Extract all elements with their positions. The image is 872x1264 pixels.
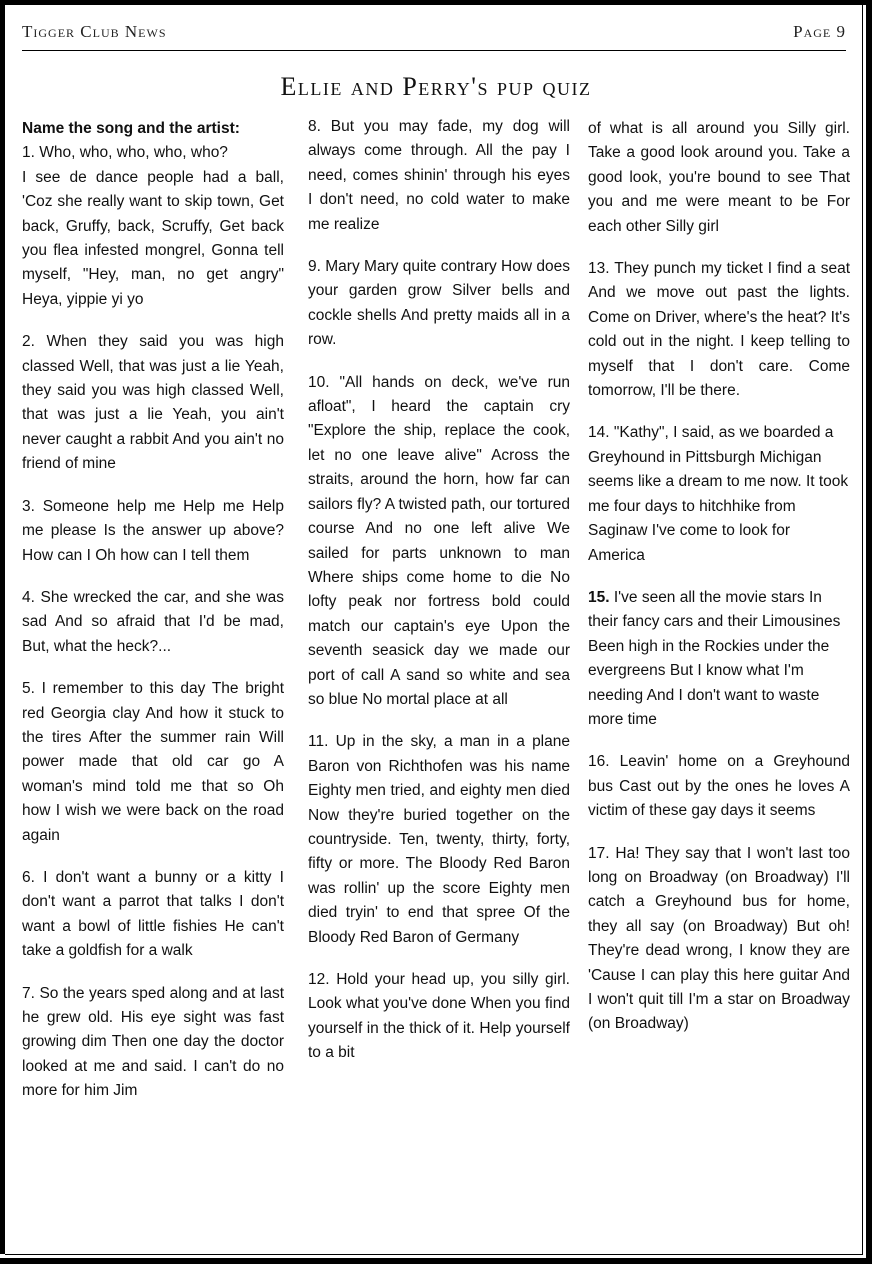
instructions: Name the song and the artist: bbox=[22, 117, 284, 141]
question-9: 9. Mary Mary quite contrary How does you… bbox=[308, 255, 570, 353]
question-1-heading: 1. Who, who, who, who, who? bbox=[22, 141, 284, 165]
page-border-bottom-outer bbox=[0, 1258, 872, 1264]
question-13: 13. They punch my ticket I find a seat A… bbox=[588, 257, 850, 403]
question-14: 14. "Kathy", I said, as we boarded a Gre… bbox=[588, 421, 850, 567]
article-title: Ellie and Perry's pup quiz bbox=[0, 72, 872, 102]
question-8: 8. But you may fade, my dog will always … bbox=[308, 115, 570, 237]
column-3: of what is all around you Silly girl. Ta… bbox=[588, 117, 850, 1055]
question-5: 5. I remember to this day The bright red… bbox=[22, 677, 284, 848]
question-15: 15. I've seen all the movie stars In the… bbox=[588, 586, 850, 732]
page-border-bottom-inner bbox=[5, 1254, 863, 1255]
question-17: 17. Ha! They say that I won't last too l… bbox=[588, 842, 850, 1037]
question-11: 11. Up in the sky, a man in a plane Baro… bbox=[308, 730, 570, 950]
running-header: Tigger Club News Page 9 bbox=[22, 18, 846, 51]
question-3: 3. Someone help me Help me Help me pleas… bbox=[22, 495, 284, 568]
question-12-part-2: of what is all around you Silly girl. Ta… bbox=[588, 117, 850, 239]
page-number: Page 9 bbox=[793, 22, 846, 42]
question-10: 10. "All hands on deck, we've run afloat… bbox=[308, 371, 570, 713]
question-7: 7. So the years sped along and at last h… bbox=[22, 982, 284, 1104]
question-6: 6. I don't want a bunny or a kitty I don… bbox=[22, 866, 284, 964]
publication-name: Tigger Club News bbox=[22, 22, 167, 42]
page-border-right-outer bbox=[866, 0, 872, 1264]
question-16: 16. Leavin' home on a Greyhound bus Cast… bbox=[588, 750, 850, 823]
column-2: 8. But you may fade, my dog will always … bbox=[308, 115, 570, 1084]
question-2: 2. When they said you was high classed W… bbox=[22, 330, 284, 476]
page-border-right-inner bbox=[862, 5, 863, 1254]
question-12-part-1: 12. Hold your head up, you silly girl. L… bbox=[308, 968, 570, 1066]
question-1: I see de dance people had a ball, 'Coz s… bbox=[22, 166, 284, 312]
page-border-top bbox=[0, 0, 872, 5]
column-1: Name the song and the artist: 1. Who, wh… bbox=[22, 117, 284, 1122]
page-border-left bbox=[0, 0, 5, 1254]
question-4: 4. She wrecked the car, and she was sad … bbox=[22, 586, 284, 659]
